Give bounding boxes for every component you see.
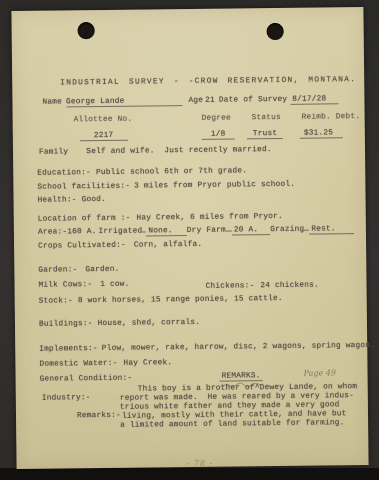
education-label: Education:-: [37, 169, 91, 178]
school-facilities-label: School facilities:-: [37, 183, 130, 192]
family-line: FamilySelf and wife. Just recently marri…: [39, 146, 272, 157]
degree-value: 1/8: [202, 130, 235, 138]
name-value: George Lande: [66, 97, 183, 107]
school-facilities-value: 3 miles from Pryor public school.: [134, 181, 295, 191]
name-line: NameGeorge LandeAge21Date of Survey8/17/…: [42, 95, 338, 106]
scanned-document-page: INDUSTRIAL SURVEY - -CROW RESERVATION, M…: [0, 0, 379, 480]
dry-farm-label: Dry Farm: [187, 227, 226, 235]
survey-date-label: Date of Survey: [219, 96, 287, 105]
stock-line: Stock:-8 work horses, 15 range ponies, 1…: [39, 295, 283, 306]
pencil-footer-number: - 78 -: [187, 459, 214, 468]
garden-value: Garden.: [85, 266, 119, 274]
allottee-no-header: Allottee No.: [74, 116, 133, 125]
allottee-no-value: 2217: [80, 132, 128, 141]
milk-cows-line: Milk Cows:-1 cow.: [38, 281, 129, 290]
farm-location-line: Location of farm :-Hay Creek, 6 miles fr…: [38, 213, 283, 224]
document-title: INDUSTRIAL SURVEY - -CROW RESERVATION, M…: [52, 76, 364, 88]
implements-value: Plow, mower, rake, harrow, disc, 2 wagon…: [102, 342, 375, 353]
health-line: Health:-Good.: [38, 196, 107, 205]
pencil-page-note: Page 49: [303, 368, 335, 377]
buildings-label: Buildings:-: [39, 320, 93, 329]
domestic-water-value: Hay Creek.: [123, 359, 172, 368]
chickens-line: Chickens:-24 chickens.: [206, 282, 319, 291]
area-line: Area:-160 A.IrrigatedNone.Dry Farm20 A.G…: [38, 225, 354, 237]
milk-cows-value: 1 cow.: [100, 281, 129, 289]
paper-sheet: INDUSTRIAL SURVEY - -CROW RESERVATION, M…: [11, 7, 368, 469]
education-line: Education:-Public school 6th or 7th grad…: [37, 167, 247, 177]
punch-hole-right: [267, 23, 284, 40]
status-header: Status: [252, 114, 281, 122]
irrigated-value: None.: [146, 227, 187, 236]
grazing-value: Rest.: [309, 225, 354, 235]
dry-farm-value: 20 A.: [232, 226, 271, 235]
crops-line: Crops Cultivated:-Corn, alfalfa.: [38, 241, 202, 251]
age-label: Age: [188, 97, 203, 105]
industry-label: Industry:-: [42, 394, 91, 403]
buildings-value: House, shed, corrals.: [98, 319, 201, 328]
garden-label: Garden:-: [38, 266, 77, 274]
reimb-debt-value: $31.25: [300, 129, 343, 137]
remarks-paragraph-line: a limited amount of land suitable for fa…: [120, 419, 345, 430]
remarks-label: Remarks:-: [77, 412, 121, 420]
name-label: Name: [42, 98, 62, 106]
irrigated-label: Irrigated: [98, 228, 142, 236]
area-label: Area:-160 A.: [38, 228, 97, 237]
reimb-debt-header: Reimb. Debt.: [302, 113, 361, 122]
implements-line: Implements:-Plow, mower, rake, harrow, d…: [39, 342, 375, 354]
status-value: Trust: [247, 130, 283, 138]
general-condition-label: General Condition:-: [40, 375, 133, 384]
garden-line: Garden:-Garden.: [38, 266, 119, 275]
chickens-value: 24 chickens.: [260, 282, 319, 291]
milk-cows-label: Milk Cows:-: [38, 281, 92, 290]
punch-hole-left: [78, 22, 95, 39]
chickens-label: Chickens:-: [206, 282, 255, 291]
domestic-water-label: Domestic Water:-: [39, 360, 117, 369]
implements-label: Implements:-: [39, 345, 98, 354]
family-label: Family: [39, 148, 68, 156]
survey-date-value: 8/17/28: [290, 95, 338, 105]
buildings-line: Buildings:-House, shed, corrals.: [39, 319, 200, 329]
stock-value: 8 work horses, 15 range ponies, 15 cattl…: [78, 295, 283, 305]
family-value: Self and wife. Just recently married.: [86, 146, 271, 156]
health-value: Good.: [82, 196, 106, 204]
crops-value: Corn, alfalfa.: [134, 241, 202, 250]
age-value: 21: [205, 97, 215, 105]
school-facilities-line: School facilities:-3 miles from Pryor pu…: [37, 181, 295, 192]
scan-bed-bottom-band: [0, 468, 379, 480]
health-label: Health:-: [38, 196, 77, 204]
degree-header: Degree: [202, 115, 231, 123]
stock-label: Stock:-: [39, 297, 73, 305]
education-value: Public school 6th or 7th grade.: [96, 167, 247, 177]
domestic-water-line: Domestic Water:-Hay Creek.: [39, 359, 172, 369]
crops-label: Crops Cultivated:-: [38, 242, 126, 251]
farm-location-value: Hay Creek, 6 miles from Pryor.: [136, 213, 282, 223]
farm-location-label: Location of farm :-: [38, 215, 131, 224]
grazing-label: Grazing: [270, 226, 304, 234]
